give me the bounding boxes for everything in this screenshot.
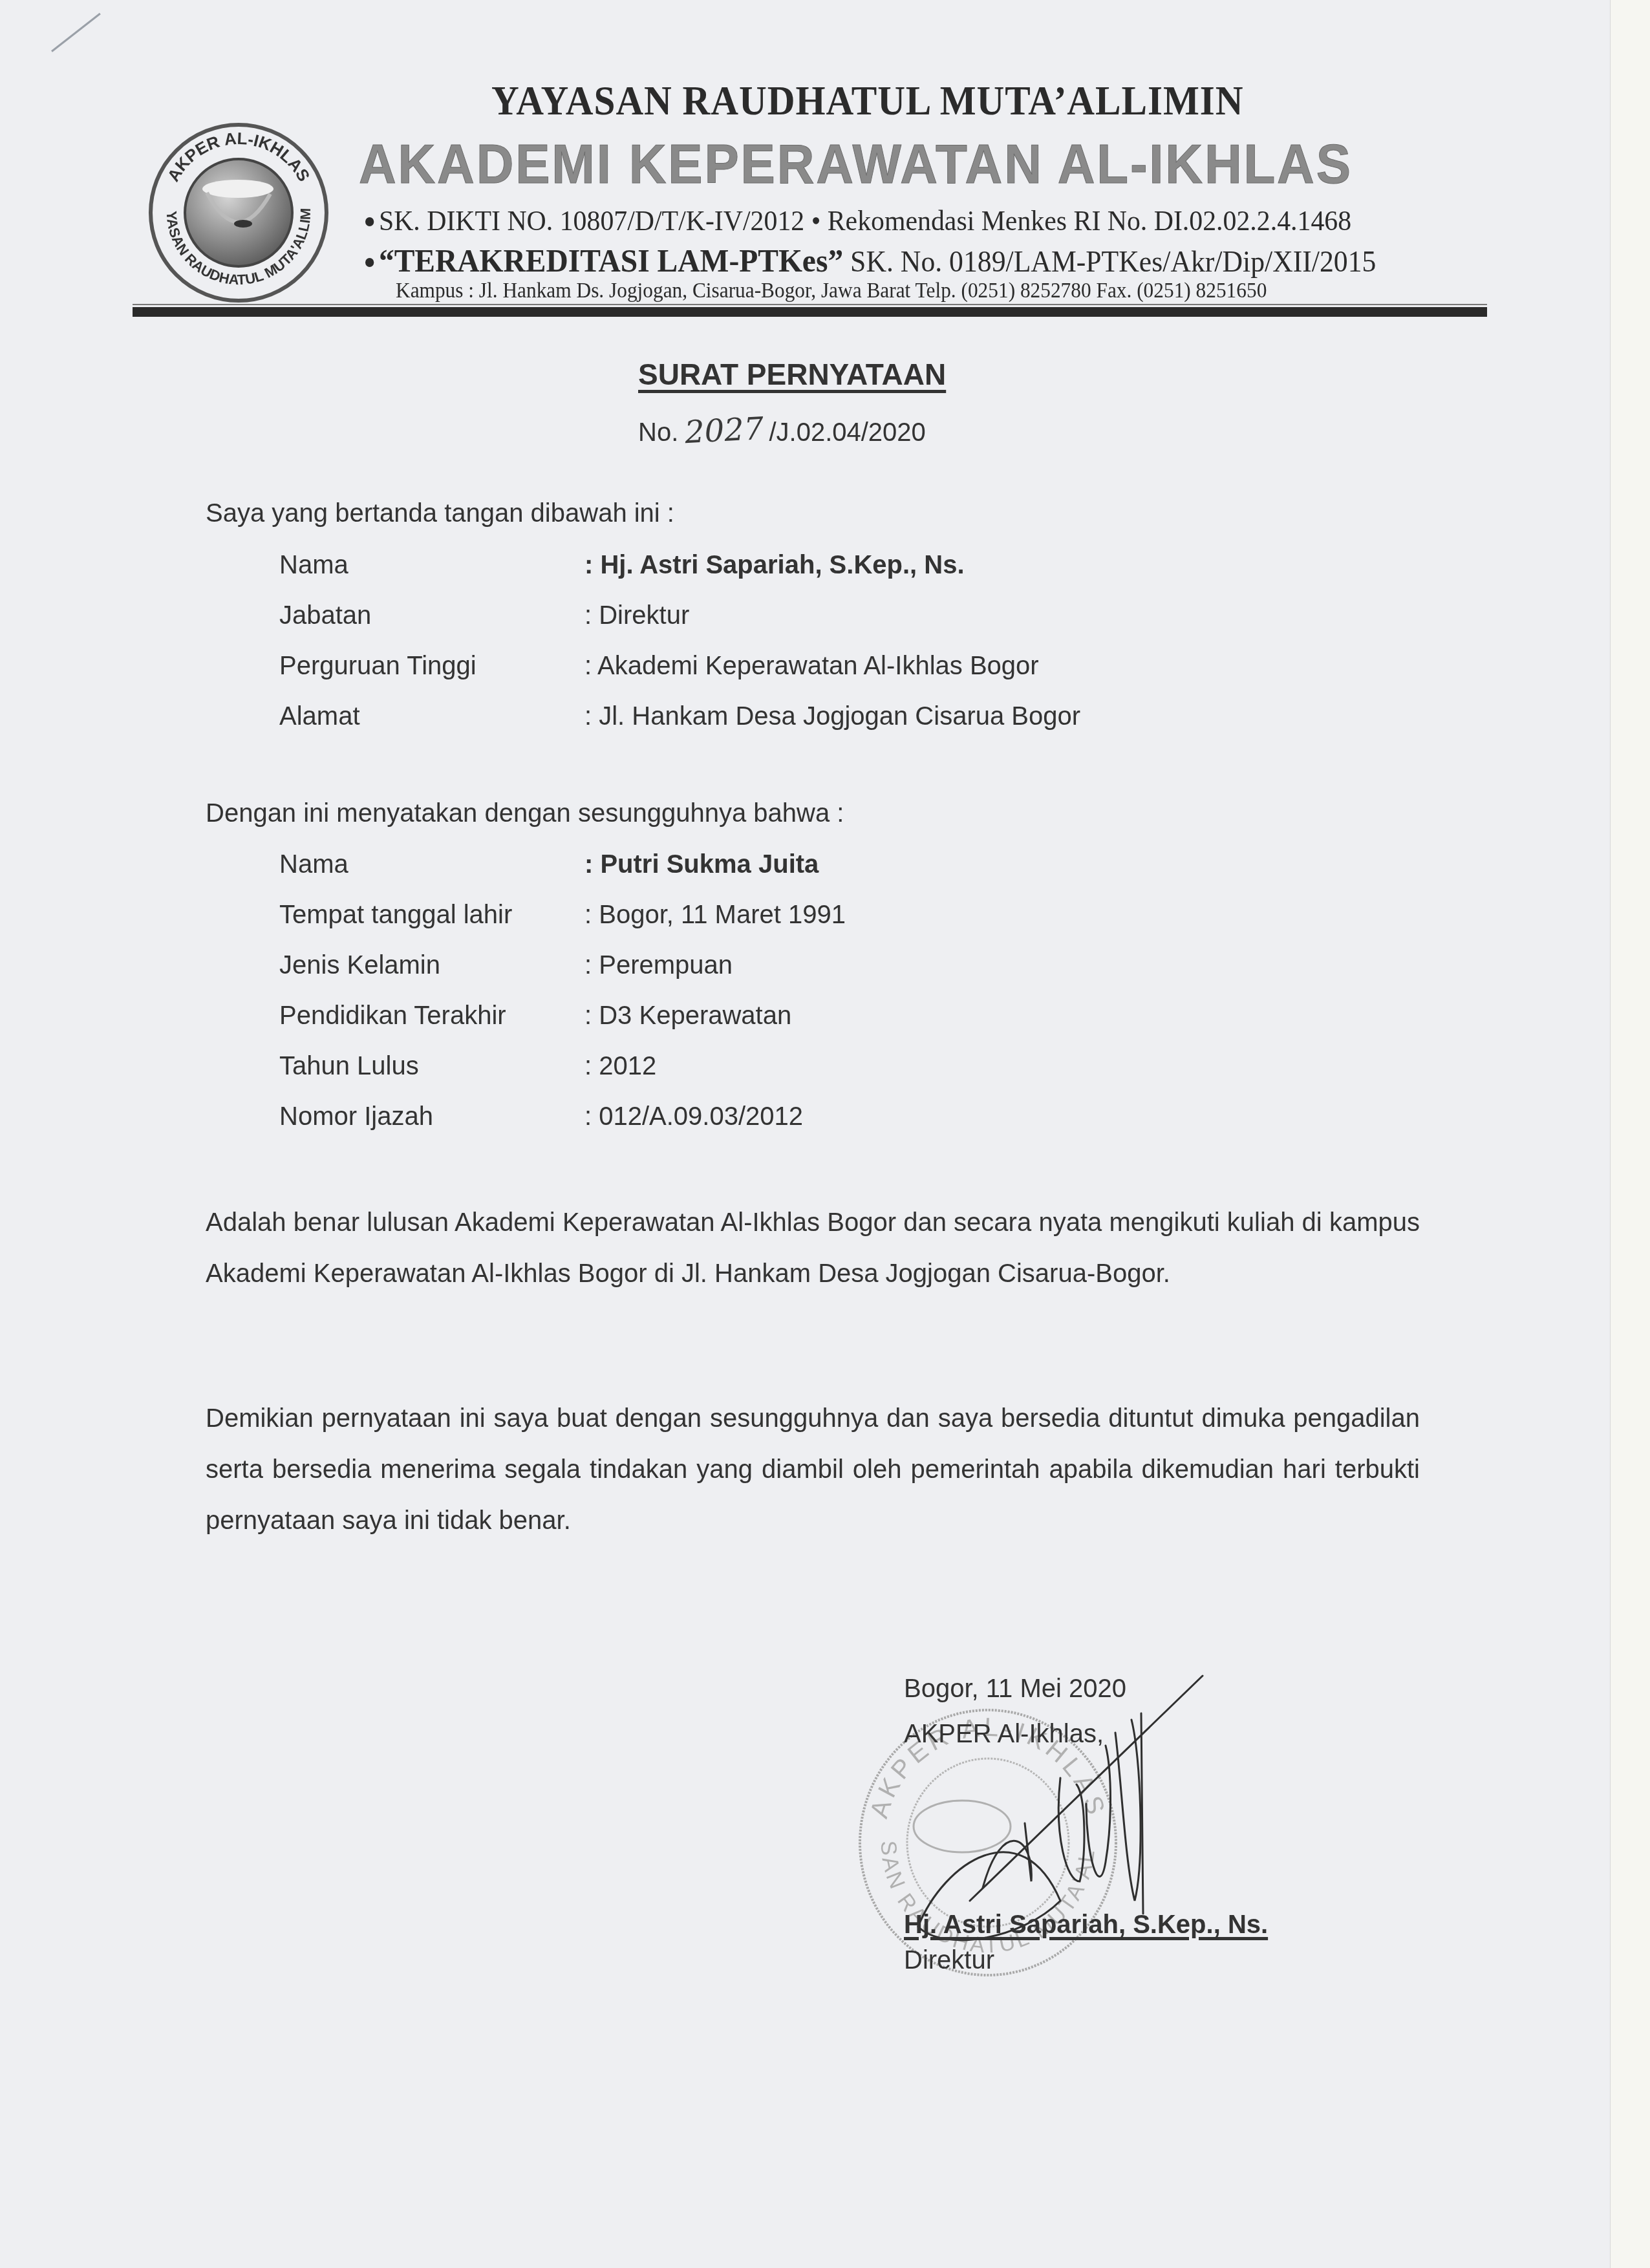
subject-field-label: Tempat tanggal lahir bbox=[279, 901, 512, 930]
paragraph-declaration: Demikian pernyataan ini saya buat dengan… bbox=[206, 1393, 1420, 1546]
signer-field-label: Jabatan bbox=[279, 601, 371, 630]
accreditation-label: “TERAKREDITASI LAM-PTKes” bbox=[379, 242, 843, 279]
subject-field-label: Tahun Lulus bbox=[279, 1052, 419, 1081]
bullet-icon bbox=[365, 258, 374, 267]
number-prefix: No. bbox=[638, 418, 678, 447]
letterhead-divider-thin bbox=[133, 304, 1487, 305]
campus-address: Kampus : Jl. Hankam Ds. Jogjogan, Cisaru… bbox=[396, 279, 1267, 303]
subject-field-value: : Bogor, 11 Maret 1991 bbox=[584, 901, 846, 930]
signer-field-value: : Hj. Astri Sapariah, S.Kep., Ns. bbox=[584, 551, 965, 580]
foundation-name: YAYASAN RAUDHATUL MUTA’ALLIMIN bbox=[491, 78, 1243, 125]
signer-field-label: Alamat bbox=[279, 702, 360, 731]
accreditation-sk: SK. No. 0189/LAM-PTKes/Akr/Dip/XII/2015 bbox=[850, 245, 1376, 278]
institution-seal-icon: AKPER AL-IKHLAS YAYASAN RAUDHATUL MUTA'A… bbox=[147, 122, 330, 304]
document-title: SURAT PERNYATAAN bbox=[638, 357, 946, 392]
number-handwritten: 2027 bbox=[684, 411, 765, 451]
signer-field-value: : Akademi Keperawatan Al-Ikhlas Bogor bbox=[584, 652, 1039, 681]
signer-name: Hj. Astri Sapariah, S.Kep., Ns. bbox=[904, 1910, 1268, 1940]
license-text: SK. DIKTI NO. 10807/D/T/K-IV/2012 • Reko… bbox=[379, 205, 1351, 237]
subject-field-value: : Perempuan bbox=[584, 951, 733, 980]
signer-field-label: Perguruan Tinggi bbox=[279, 652, 477, 681]
intro-text: Saya yang bertanda tangan dibawah ini : bbox=[206, 499, 674, 528]
signer-position: Direktur bbox=[904, 1946, 994, 1975]
subject-field-value: : 012/A.09.03/2012 bbox=[584, 1102, 803, 1131]
license-line: SK. DIKTI NO. 10807/D/T/K-IV/2012 • Reko… bbox=[365, 204, 1351, 237]
subject-field-value: : D3 Keperawatan bbox=[584, 1001, 791, 1031]
signer-field-label: Nama bbox=[279, 551, 348, 580]
letterhead-divider bbox=[133, 307, 1487, 317]
subject-field-label: Nomor Ijazah bbox=[279, 1102, 433, 1131]
subject-field-label: Nama bbox=[279, 850, 348, 879]
statement-intro: Dengan ini menyatakan dengan sesungguhny… bbox=[206, 799, 844, 828]
number-suffix: /J.02.04/2020 bbox=[769, 418, 925, 447]
bullet-icon bbox=[365, 217, 374, 226]
accreditation-line: “TERAKREDITASI LAM-PTKes” SK. No. 0189/L… bbox=[365, 242, 1376, 279]
subject-field-value: : Putri Sukma Juita bbox=[584, 850, 819, 879]
document-number: No.2027/J.02.04/2020 bbox=[638, 412, 926, 449]
signer-field-value: : Jl. Hankam Desa Jogjogan Cisarua Bogor bbox=[584, 702, 1080, 731]
institution-name: AKADEMI KEPERAWATAN AL-IKHLAS bbox=[359, 133, 1353, 197]
paragraph-graduate: Adalah benar lulusan Akademi Keperawatan… bbox=[206, 1197, 1420, 1300]
signer-field-value: : Direktur bbox=[584, 601, 689, 630]
scan-margin bbox=[1610, 0, 1650, 2268]
document-page bbox=[0, 0, 1610, 2268]
subject-field-value: : 2012 bbox=[584, 1052, 656, 1081]
subject-field-label: Pendidikan Terakhir bbox=[279, 1001, 506, 1031]
subject-field-label: Jenis Kelamin bbox=[279, 951, 440, 980]
